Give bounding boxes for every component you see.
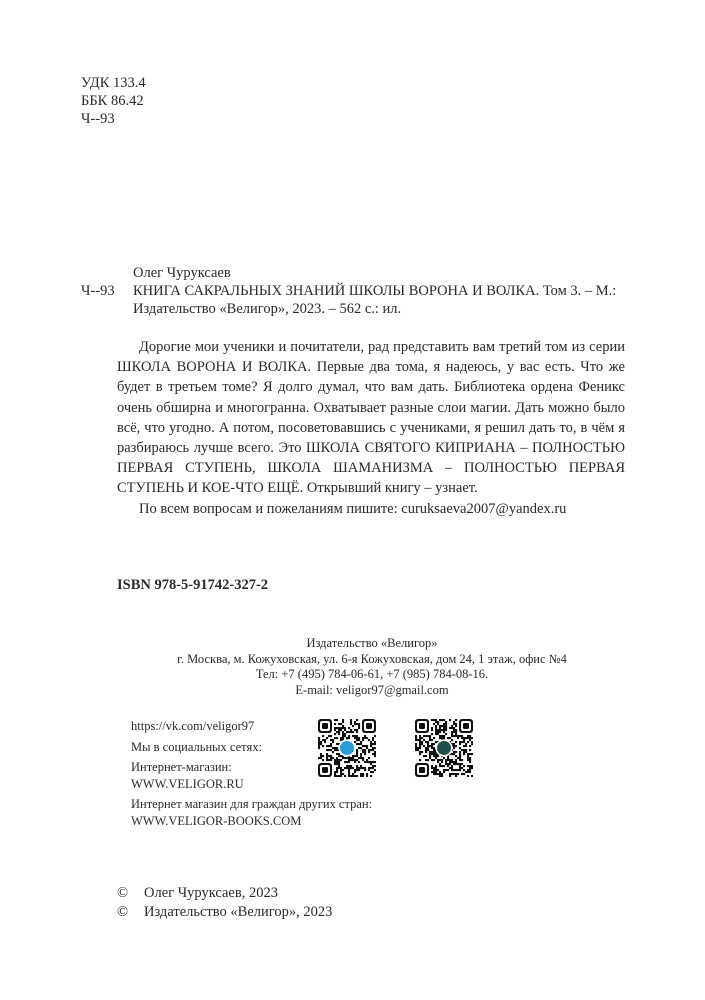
- vk-qr-code[interactable]: [415, 719, 473, 777]
- publication-info: Издательство «Велигор», 2023. – 562 с.: …: [133, 300, 401, 318]
- publisher-email[interactable]: E-mail: veligor97@gmail.com: [117, 683, 627, 699]
- udk-code: УДК 133.4: [81, 74, 146, 92]
- shop-link[interactable]: WWW.VELIGOR.RU: [131, 776, 372, 793]
- copyright-block: ©Олег Чуруксаев, 2023 ©Издательство «Вел…: [117, 884, 332, 922]
- publisher-phone: Тел: +7 (495) 784-06-61, +7 (985) 784-08…: [117, 667, 627, 683]
- classification-codes: УДК 133.4 ББК 86.42 Ч--93: [81, 74, 146, 128]
- isbn: ISBN 978-5-91742-327-2: [117, 577, 268, 594]
- intl-shop-link[interactable]: WWW.VELIGOR-BOOKS.COM: [131, 813, 372, 830]
- abstract: Дорогие мои ученики и почитатели, рад пр…: [117, 337, 625, 519]
- publisher-info: Издательство «Велигор» г. Москва, м. Кож…: [117, 636, 627, 698]
- intl-shop-label: Интернет магазин для граждан других стра…: [131, 796, 372, 813]
- author-mark: Ч--93: [81, 110, 146, 128]
- book-title: КНИГА САКРАЛЬНЫХ ЗНАНИЙ ШКОЛЫ ВОРОНА И В…: [133, 282, 616, 300]
- publisher-name: Издательство «Велигор»: [117, 636, 627, 652]
- contact-paragraph: По всем вопросам и пожеланиям пишите: cu…: [117, 499, 625, 519]
- telegram-qr-code[interactable]: [318, 719, 376, 777]
- author-name: Олег Чуруксаев: [133, 264, 231, 282]
- copyright-author: Олег Чуруксаев, 2023: [144, 884, 278, 903]
- copyright-icon: ©: [117, 884, 144, 903]
- bbk-code: ББК 86.42: [81, 92, 146, 110]
- bibliographic-record: Олег Чуруксаев Ч--93КНИГА САКРАЛЬНЫХ ЗНА…: [81, 264, 641, 318]
- copyright-publisher: Издательство «Велигор», 2023: [144, 903, 332, 922]
- publisher-address: г. Москва, м. Кожуховская, ул. 6-я Кожух…: [117, 652, 627, 668]
- abstract-paragraph: Дорогие мои ученики и почитатели, рад пр…: [117, 337, 625, 499]
- record-mark: Ч--93: [81, 282, 133, 300]
- copyright-icon: ©: [117, 903, 144, 922]
